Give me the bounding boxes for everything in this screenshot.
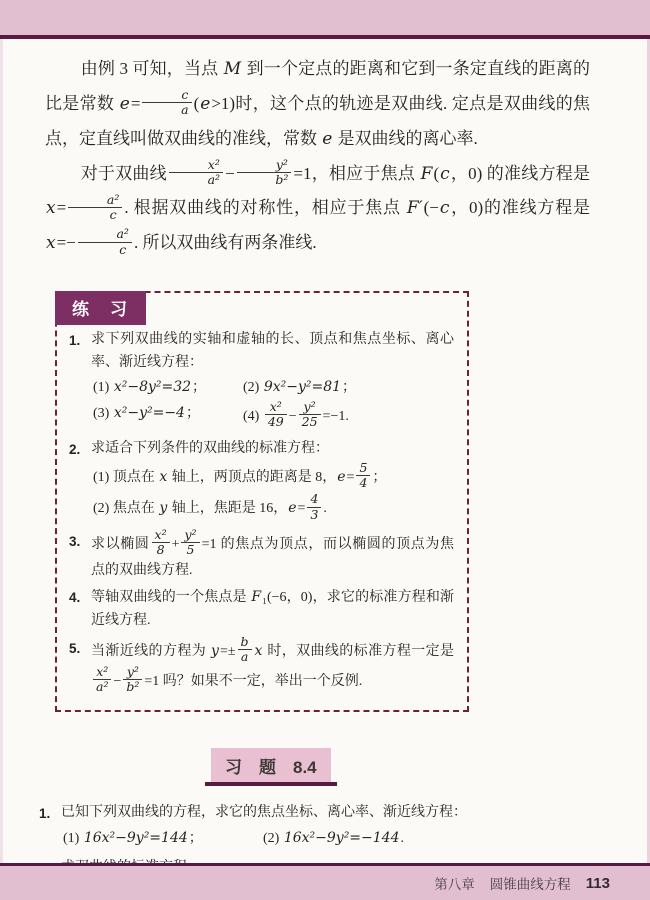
- exercise-problem-2: 2. 求适合下列条件的双曲线的标准方程： (1) 顶点在 x 轴上，两顶点的距离…: [69, 438, 454, 526]
- problem-text: 求适合下列条件的双曲线的标准方程：: [91, 441, 329, 456]
- page-footer: 第八章 圆锥曲线方程 113: [0, 863, 650, 900]
- fraction: a²c: [68, 193, 122, 223]
- exercise-label: 练 习: [55, 291, 146, 325]
- exercise-problem-1: 1. 求下列双曲线的实轴和虚轴的长、顶点和焦点坐标、离心率、渐近线方程： (1)…: [69, 329, 454, 434]
- textbook-page: 由例 3 可知，当点 M 到一个定点的距离和它到一条定直线的距离的比是常数 e=…: [0, 0, 650, 900]
- fraction: y²5: [181, 528, 199, 558]
- footer-band: 第八章 圆锥曲线方程 113: [0, 866, 650, 900]
- fraction: ca: [142, 88, 191, 118]
- subitem-3: (3) x²−y²=−4；: [93, 402, 243, 432]
- problem-set-problem-1: 1. 已知下列双曲线的方程，求它的焦点坐标、离心率、渐近线方程： (1) 16x…: [39, 802, 608, 852]
- subitem-4: (4) x²49−y²25=−1.: [243, 402, 454, 432]
- problem-body: 已知下列双曲线的方程，求它的焦点坐标、离心率、渐近线方程： (1) 16x²−9…: [61, 802, 608, 852]
- problem-number: 1.: [69, 329, 91, 434]
- problem-body: 求以椭圆x²8+y²5=1 的焦点为顶点，而以椭圆的顶点为焦点的双曲线方程.: [91, 530, 454, 582]
- subitem-1: (1) 16x²−9y²=144；: [63, 827, 263, 851]
- footer-page-number: 113: [586, 875, 610, 892]
- subitem-2: (2) 焦点在 y 轴上，焦距是 16，e=43.: [93, 494, 454, 524]
- footer-chapter: 第八章: [434, 873, 475, 893]
- subitem-2: (2) 16x²−9y²=−144.: [263, 827, 608, 851]
- subitem-2: (2) 9x²−y²=81；: [243, 376, 454, 400]
- page-content: 由例 3 可知，当点 M 到一个定点的距离和它到一条定直线的距离的比是常数 e=…: [0, 39, 650, 879]
- problem-text: 求下列双曲线的实轴和虚轴的长、顶点和焦点坐标、离心率、渐近线方程：: [91, 332, 454, 370]
- exercise-box: 练 习 1. 求下列双曲线的实轴和虚轴的长、顶点和焦点坐标、离心率、渐近线方程：…: [55, 291, 469, 712]
- problem-number: 2.: [69, 438, 91, 526]
- exercise-problem-4: 4. 等轴双曲线的一个焦点是 F₁(−6，0)，求它的标准方程和渐近线方程.: [69, 586, 454, 632]
- fraction: y²b²: [123, 665, 142, 695]
- intro-section: 由例 3 可知，当点 M 到一个定点的距离和它到一条定直线的距离的比是常数 e=…: [45, 52, 608, 261]
- exercise-problem-5: 5. 当渐近线的方程为 y=±bax 时，双曲线的标准方程一定是x²a²−y²b…: [69, 637, 454, 697]
- fraction: ba: [238, 635, 252, 665]
- problem-number: 5.: [69, 637, 91, 697]
- subitem-1: (1) 顶点在 x 轴上，两顶点的距离是 8，e=54；: [93, 463, 454, 493]
- problem-body: 求下列双曲线的实轴和虚轴的长、顶点和焦点坐标、离心率、渐近线方程： (1) x²…: [91, 329, 454, 434]
- problem-number: 1.: [39, 802, 61, 852]
- problem-number: 4.: [69, 586, 91, 632]
- problem-body: 等轴双曲线的一个焦点是 F₁(−6，0)，求它的标准方程和渐近线方程.: [91, 586, 454, 632]
- fraction: y²b²: [237, 158, 292, 188]
- problem-subitems: (1) 16x²−9y²=144； (2) 16x²−9y²=−144.: [63, 827, 608, 851]
- fraction: y²25: [299, 400, 321, 430]
- fraction: x²49: [265, 400, 287, 430]
- fraction: a²c: [78, 227, 132, 257]
- fraction: x²8: [152, 528, 170, 558]
- fraction: x²a²: [93, 665, 111, 695]
- fraction: 43: [307, 492, 321, 522]
- problem-text: 当渐近线的方程为 y=±bax 时，双曲线的标准方程一定是x²a²−y²b²=1…: [91, 644, 454, 689]
- problem-text: 求以椭圆x²8+y²5=1 的焦点为顶点，而以椭圆的顶点为焦点的双曲线方程.: [91, 537, 454, 578]
- subitem-1: (1) x²−8y²=32；: [93, 376, 243, 400]
- fraction: 54: [356, 461, 370, 491]
- problem-subitems: (1) 顶点在 x 轴上，两顶点的距离是 8，e=54； (2) 焦点在 y 轴…: [93, 463, 454, 525]
- problem-body: 当渐近线的方程为 y=±bax 时，双曲线的标准方程一定是x²a²−y²b²=1…: [91, 637, 454, 697]
- exercise-problem-3: 3. 求以椭圆x²8+y²5=1 的焦点为顶点，而以椭圆的顶点为焦点的双曲线方程…: [69, 530, 454, 582]
- paragraph-directrix-equations: 对于双曲线x²a²−y²b²=1，相应于焦点 F(c，0) 的准线方程是 x=a…: [45, 157, 590, 262]
- paragraph-eccentricity-definition: 由例 3 可知，当点 M 到一个定点的距离和它到一条定直线的距离的比是常数 e=…: [45, 52, 590, 157]
- problem-subitems: (1) x²−8y²=32； (2) 9x²−y²=81； (3) x²−y²=…: [93, 376, 454, 431]
- page-top-band: [0, 0, 650, 39]
- fraction: x²a²: [169, 158, 223, 188]
- problem-set-heading: 习 题 8.4: [211, 748, 331, 782]
- problem-text: 等轴双曲线的一个焦点是 F₁(−6，0)，求它的标准方程和渐近线方程.: [91, 590, 454, 628]
- problem-text: 已知下列双曲线的方程，求它的焦点坐标、离心率、渐近线方程：: [61, 805, 467, 820]
- problem-body: 求适合下列条件的双曲线的标准方程： (1) 顶点在 x 轴上，两顶点的距离是 8…: [91, 438, 454, 526]
- problem-set-heading-underline: 习 题 8.4: [205, 748, 337, 786]
- footer-section-title: 圆锥曲线方程: [490, 873, 571, 893]
- problem-number: 3.: [69, 530, 91, 582]
